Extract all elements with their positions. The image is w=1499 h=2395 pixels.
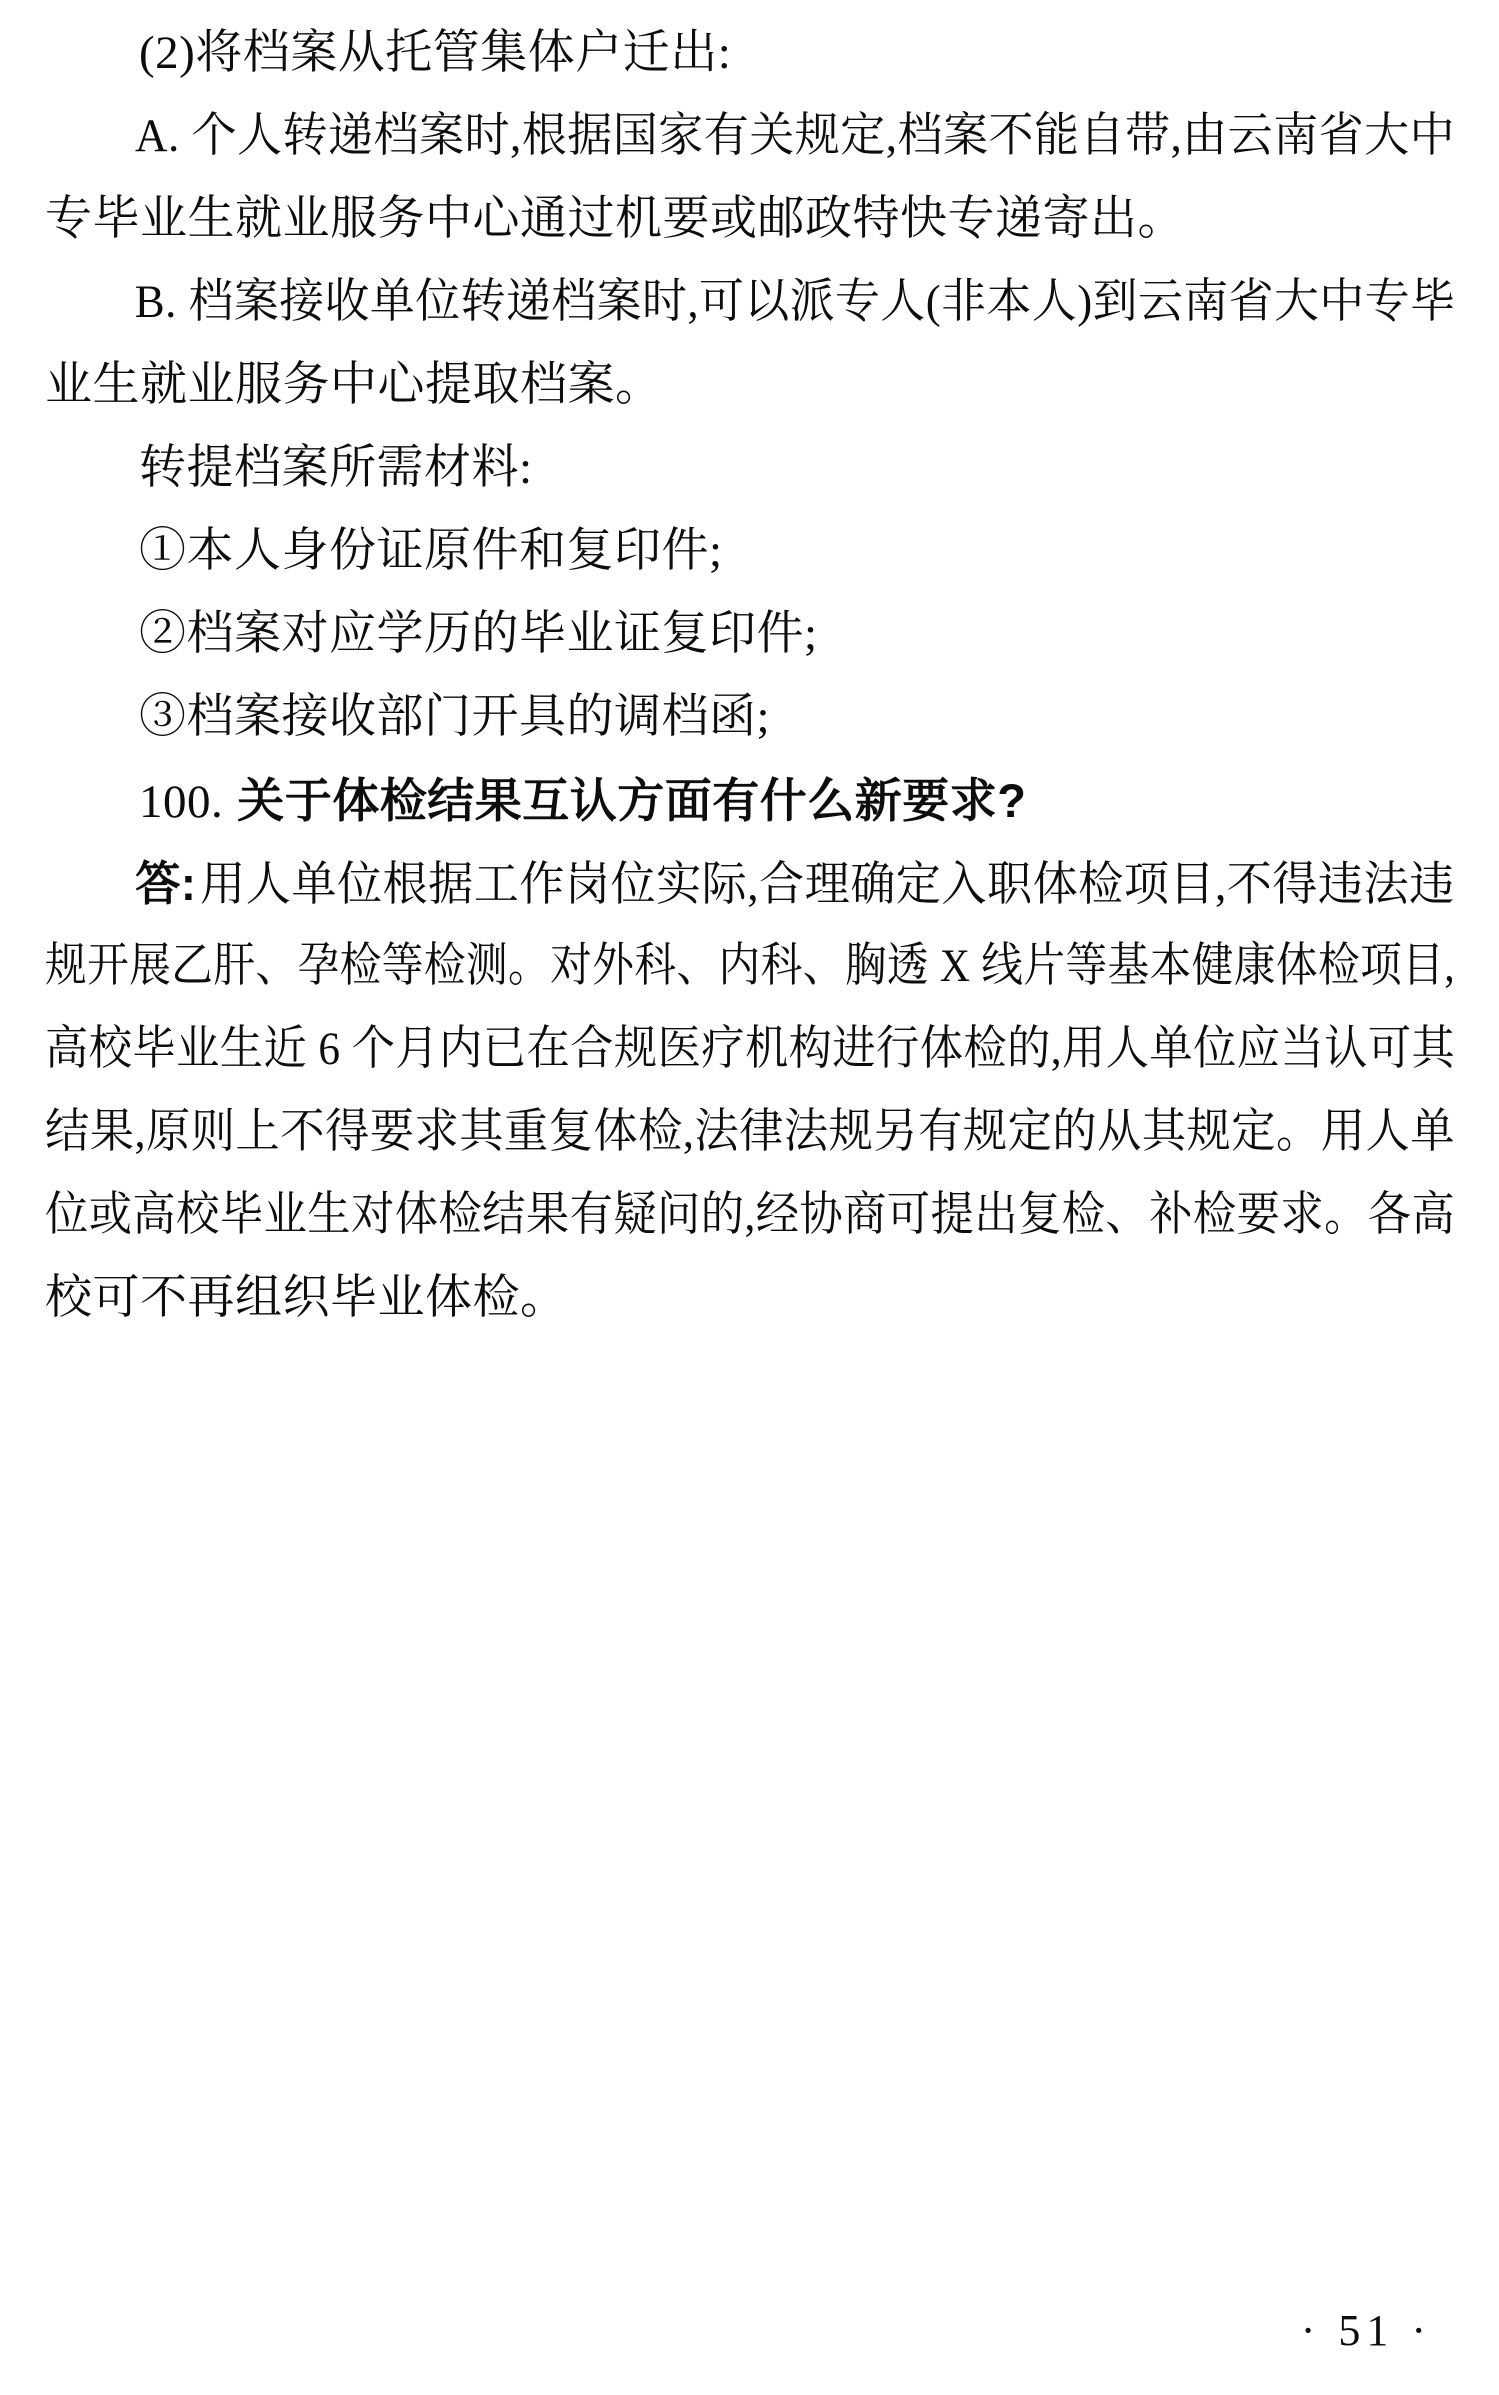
text-line-option-a-cont: 专毕业生就业服务中心通过机要或邮政特快专递寄出。	[45, 178, 1455, 261]
page-content: (2)将档案从托管集体户迁出: A. 个人转递档案时,根据国家有关规定,档案不能…	[45, 12, 1455, 1340]
answer-line-2: 规开展乙肝、孕检等检测。对外科、内科、胸透 X 线片等基本健康体检项目,	[45, 925, 1295, 1008]
text-line-option-b-cont: 业生就业服务中心提取档案。	[45, 344, 1455, 427]
page-number: · 51 ·	[1301, 2309, 1432, 2353]
question-number: 100.	[139, 776, 223, 828]
answer-line-1: 答:用人单位根据工作岗位实际,合理确定入职体检项目,不得违法违	[45, 842, 1398, 925]
answer-line-4: 结果,原则上不得要求其重复体检,法律法规另有规定的从其规定。用人单	[45, 1091, 1373, 1174]
answer-line-6: 校可不再组织毕业体检。	[45, 1257, 1455, 1340]
text-line-option-b: B. 档案接收单位转递档案时,可以派专人(非本人)到云南省大中专毕	[45, 261, 1391, 344]
document-page: (2)将档案从托管集体户迁出: A. 个人转递档案时,根据国家有关规定,档案不能…	[0, 0, 1499, 2395]
question-title: 关于体检结果互认方面有什么新要求?	[237, 774, 1026, 827]
answer-line-5: 位或高校毕业生对体检结果有疑问的,经协商可提出复检、补检要求。各高	[45, 1174, 1343, 1257]
text-line-material-3: ③档案接收部门开具的调档函;	[45, 676, 1455, 759]
answer-text: 用人单位根据工作岗位实际,合理确定入职体检项目,不得违法违	[200, 859, 1455, 911]
text-line-materials-heading: 转提档案所需材料:	[45, 427, 1455, 510]
answer-line-3: 高校毕业生近 6 个月内已在合规医疗机构进行体检的,用人单位应当认可其	[45, 1008, 1342, 1091]
question-100-heading: 100.关于体检结果互认方面有什么新要求?	[45, 759, 1455, 842]
text-line-material-2: ②档案对应学历的毕业证复印件;	[45, 593, 1455, 676]
answer-label: 答:	[135, 857, 196, 910]
text-line-option-a: A. 个人转递档案时,根据国家有关规定,档案不能自带,由云南省大中	[45, 95, 1396, 178]
text-line-material-1: ①本人身份证原件和复印件;	[45, 510, 1455, 593]
text-line-item2-heading: (2)将档案从托管集体户迁出:	[45, 12, 1455, 95]
